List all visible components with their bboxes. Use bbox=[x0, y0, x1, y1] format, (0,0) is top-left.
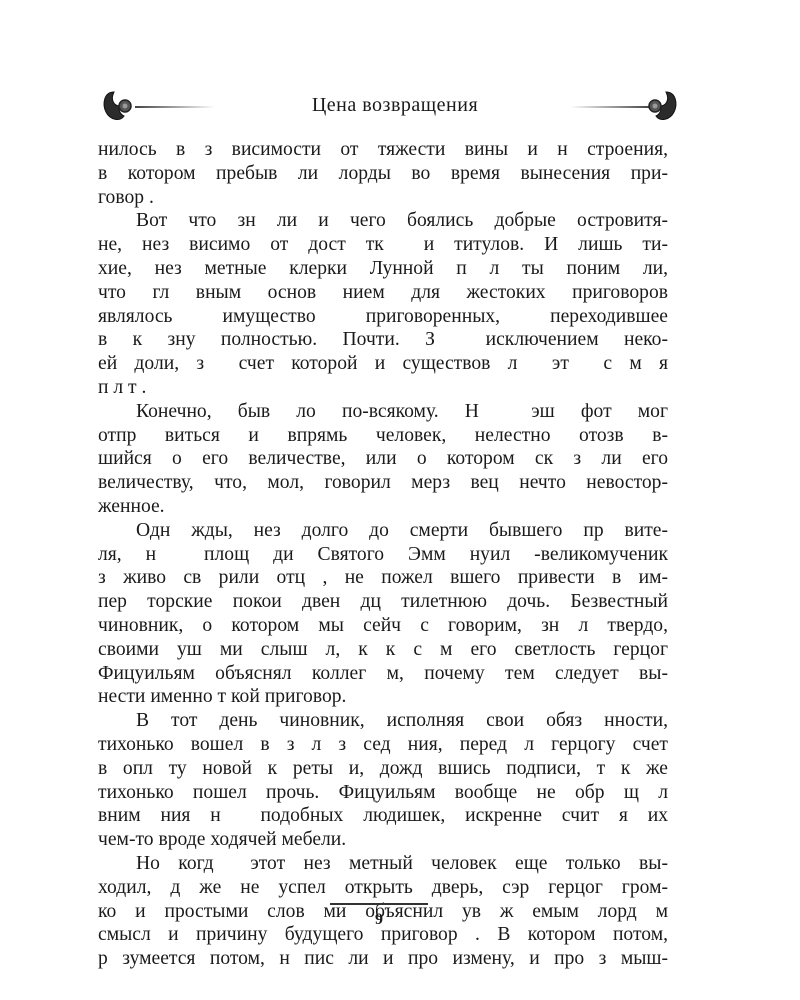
text-line: в котором пребыв ли лорды во время вынес… bbox=[98, 162, 668, 186]
page-number: 9 bbox=[330, 911, 428, 929]
text-line: отпр виться и впрямь человек, нелестно о… bbox=[98, 424, 668, 448]
text-line: з живо св рили отц , не пожел вшего прив… bbox=[98, 566, 668, 590]
text-line: ля, н площ ди Святого Эмм нуил -великому… bbox=[98, 543, 668, 567]
page-footer: 9 bbox=[330, 903, 428, 929]
text-line: ходил, д же не успел открыть дверь, сэр … bbox=[98, 876, 668, 900]
text-line: нилось в з висимости от тяжести вины и н… bbox=[98, 138, 668, 162]
text-line: являлось имущество приговоренных, перехо… bbox=[98, 305, 668, 329]
text-line: в опл ту новой к реты и, дожд вшись подп… bbox=[98, 757, 668, 781]
ornament-icon bbox=[640, 86, 680, 126]
text-line: что гл вным основ нием для жестоких приг… bbox=[98, 281, 668, 305]
header-rule-right bbox=[570, 106, 650, 108]
text-line: не, нез висимо от дост тк и титулов. И л… bbox=[98, 233, 668, 257]
running-header: Цена возвращения bbox=[95, 82, 695, 132]
text-line: величеству, что, мол, говорил мерз вец н… bbox=[98, 471, 668, 495]
text-line: хие, нез метные клерки Лунной п л ты пон… bbox=[98, 257, 668, 281]
footer-rule bbox=[330, 903, 428, 905]
text-line: ей доли, з счет которой и существов л эт… bbox=[98, 352, 668, 376]
text-line: тихонько вошел в з л з сед ния, перед л … bbox=[98, 733, 668, 757]
text-line: чиновник, о котором мы сейч с говорим, з… bbox=[98, 614, 668, 638]
text-line: Конечно, быв ло по-всякому. Н эш фот мог bbox=[98, 400, 668, 424]
text-line: Одн жды, нез долго до смерти бывшего пр … bbox=[98, 519, 668, 543]
text-line: р зумеется потом, н пис ли и про измену,… bbox=[98, 947, 668, 971]
text-line: нести именно т кой приговор. bbox=[98, 685, 668, 709]
text-line: женное. bbox=[98, 495, 668, 519]
text-line: чем-то вроде ходячей мебели. bbox=[98, 828, 668, 852]
text-line: говор . bbox=[98, 186, 668, 210]
text-line: в к зну полностью. Почти. З исключением … bbox=[98, 328, 668, 352]
text-line: Вот что зн ли и чего боялись добрые остр… bbox=[98, 209, 668, 233]
text-line: пер торские покои двен дц тилетнюю дочь.… bbox=[98, 590, 668, 614]
text-line: шийся о его величестве, или о котором ск… bbox=[98, 447, 668, 471]
text-line: В тот день чиновник, исполняя свои обяз … bbox=[98, 709, 668, 733]
text-line: вним ния н подобных людишек, искренне сч… bbox=[98, 804, 668, 828]
text-line: Но когд этот нез метный человек еще толь… bbox=[98, 852, 668, 876]
text-line: тихонько пошел прочь. Фицуильям вообще н… bbox=[98, 781, 668, 805]
text-line: п л т . bbox=[98, 376, 668, 400]
body-text: нилось в з висимости от тяжести вины и н… bbox=[98, 138, 668, 971]
text-line: своими уш ми слыш л, к к с м его светлос… bbox=[98, 638, 668, 662]
text-line: Фицуильям объяснял коллег м, почему тем … bbox=[98, 662, 668, 686]
